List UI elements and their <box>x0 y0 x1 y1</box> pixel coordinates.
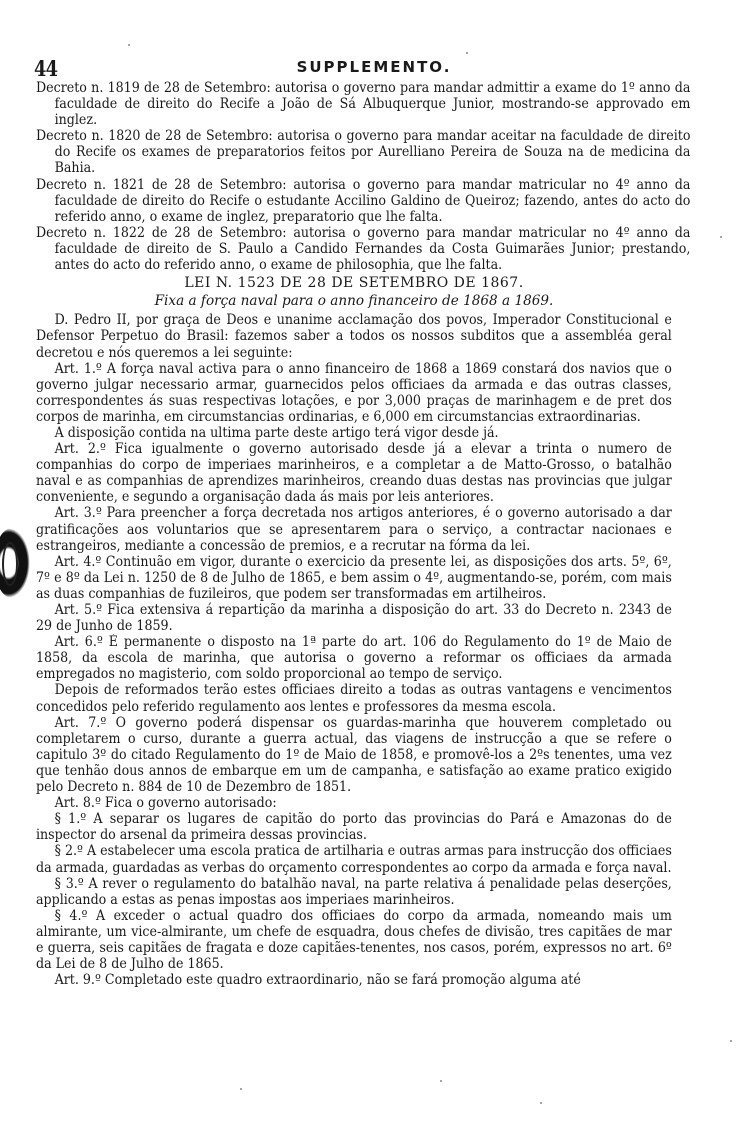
article-1-note: A disposição contida na ultima parte des… <box>36 425 672 441</box>
article-4: Art. 4.º Continuão em vigor, durante o e… <box>36 554 672 602</box>
article-9: Art. 9.º Completado este quadro extraord… <box>36 972 672 988</box>
article-2: Art. 2.º Fica igualmente o governo autor… <box>36 441 672 505</box>
binding-hole-shadow <box>0 528 30 598</box>
article-1: Art. 1.º A força naval activa para o ann… <box>36 361 672 425</box>
decree-1822: Decreto n. 1822 de 28 de Setembro: autor… <box>36 225 690 273</box>
page-body: Decreto n. 1819 de 28 de Setembro: autor… <box>36 80 672 988</box>
running-title: SUPPLEMENTO. <box>34 58 714 76</box>
law-preamble: D. Pedro II, por graça de Deos e unanime… <box>36 312 672 360</box>
article-8-section-1: § 1.º A separar os lugares de capitão do… <box>36 811 672 843</box>
document-page: 44 SUPPLEMENTO. Decreto n. 1819 de 28 de… <box>0 0 747 1130</box>
article-8-section-2: § 2.º A estabelecer uma escola pratica d… <box>36 843 672 875</box>
article-7: Art. 7.º O governo poderá dispensar os g… <box>36 715 672 795</box>
article-8: Art. 8.º Fica o governo autorisado: <box>36 795 672 811</box>
article-5: Art. 5.º Fica extensiva á repartição da … <box>36 602 672 634</box>
decree-1819: Decreto n. 1819 de 28 de Setembro: autor… <box>36 80 690 128</box>
law-title: LEI N. 1523 DE 28 DE SETEMBRO DE 1867. <box>36 275 672 291</box>
article-8-section-3: § 3.º A rever o regulamento do batalhão … <box>36 876 672 908</box>
decree-1820: Decreto n. 1820 de 28 de Setembro: autor… <box>36 128 690 176</box>
page-header: 44 SUPPLEMENTO. <box>34 56 714 82</box>
article-8-section-4: § 4.º A exceder o actual quadro dos offi… <box>36 908 672 972</box>
article-6-note: Depois de reformados terão estes officia… <box>36 682 672 714</box>
law-subtitle: Fixa a força naval para o anno financeir… <box>36 293 672 309</box>
article-3: Art. 3.º Para preencher a força decretad… <box>36 505 672 553</box>
article-6: Art. 6.º É permanente o disposto na 1ª p… <box>36 634 672 682</box>
decree-1821: Decreto n. 1821 de 28 de Setembro: autor… <box>36 177 690 225</box>
